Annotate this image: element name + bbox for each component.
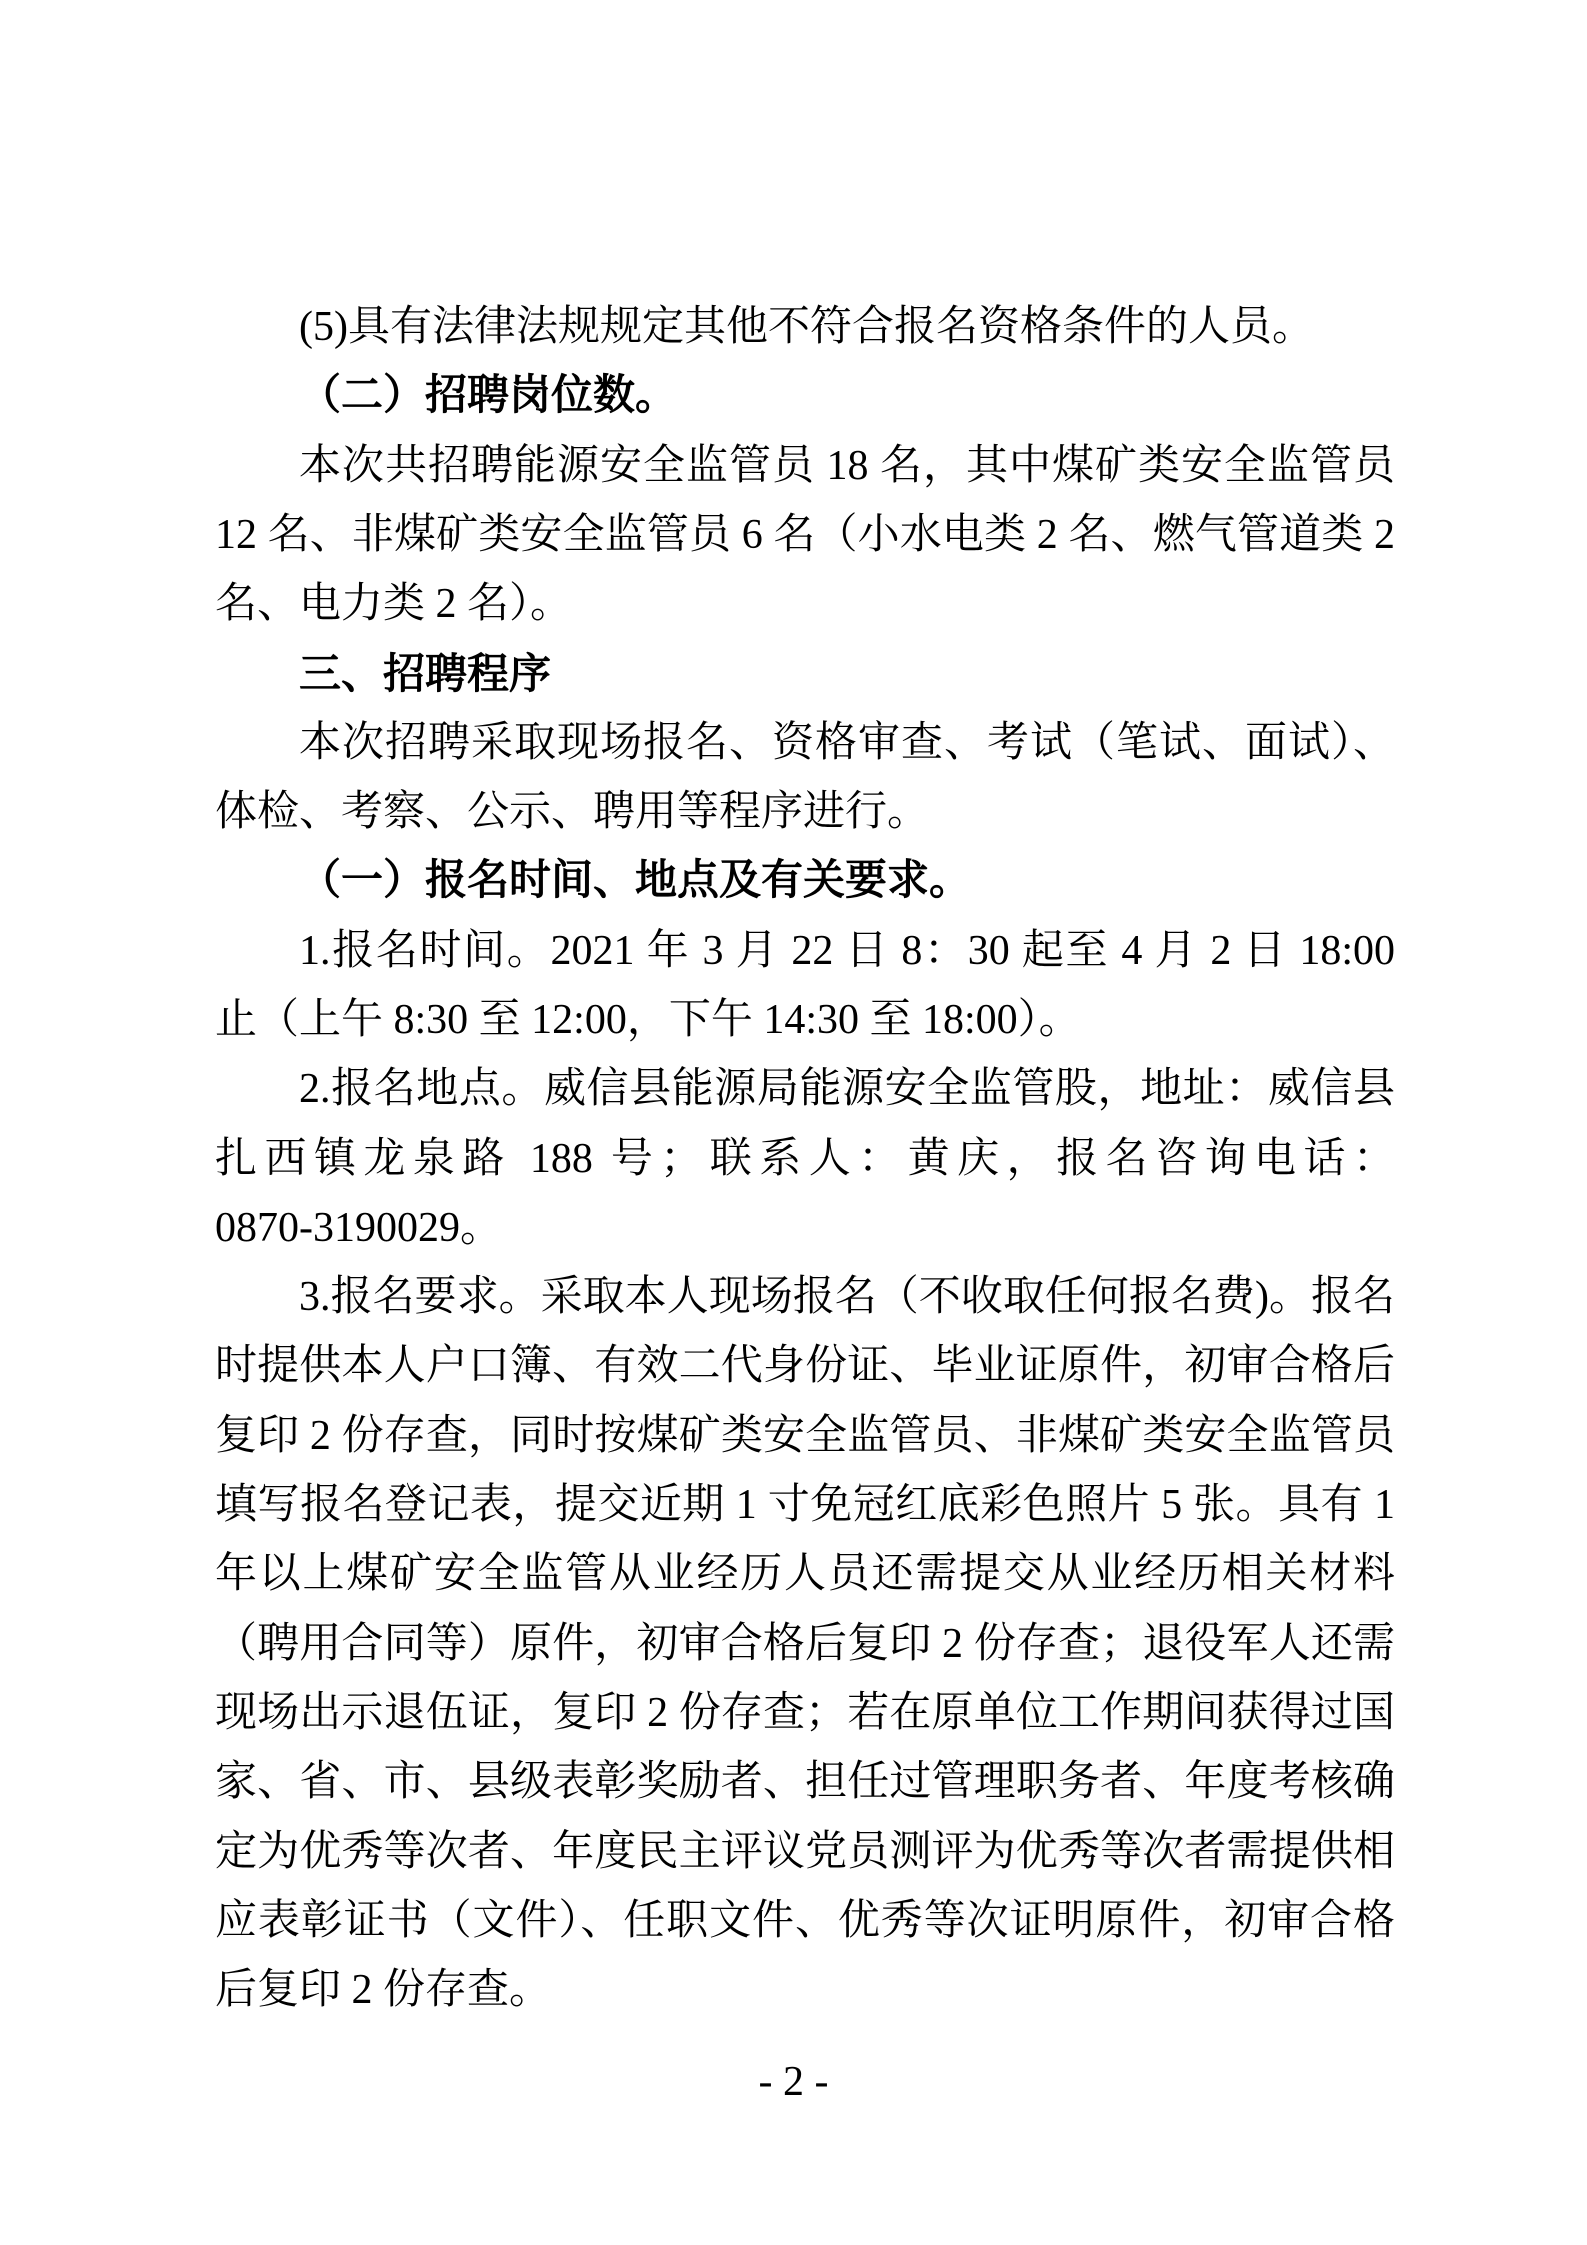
paragraph-line: 名、电力类 2 名）。 <box>215 570 1395 639</box>
document-body: (5)具有法律法规规定其他不符合报名资格条件的人员。 （二）招聘岗位数。 本次共… <box>215 293 1395 2025</box>
paragraph-line: 1.报名时间。2021 年 3 月 22 日 8：30 起至 4 月 2 日 1… <box>215 917 1395 986</box>
paragraph-line: 本次共招聘能源安全监管员 18 名，其中煤矿类安全监管员 <box>215 432 1395 501</box>
paragraph-line: 现场出示退伍证，复印 2 份存查；若在原单位工作期间获得过国 <box>215 1679 1395 1748</box>
paragraph-line: 止（上午 8:30 至 12:00，下午 14:30 至 18:00）。 <box>215 986 1395 1055</box>
paragraph-line: 后复印 2 份存查。 <box>215 1956 1395 2025</box>
paragraph-line: 定为优秀等次者、年度民主评议党员测评为优秀等次者需提供相 <box>215 1818 1395 1887</box>
heading-recruitment-procedure: 三、招聘程序 <box>215 639 1395 708</box>
heading-recruit-positions: （二）招聘岗位数。 <box>215 362 1395 431</box>
paragraph-line: 填写报名登记表，提交近期 1 寸免冠红底彩色照片 5 张。具有 1 <box>215 1471 1395 1540</box>
paragraph-line: 扎西镇龙泉路 188 号；联系人：黄庆，报名咨询电话： <box>215 1125 1395 1194</box>
paragraph-line: 3.报名要求。采取本人现场报名（不收取任何报名费)。报名 <box>215 1263 1395 1332</box>
paragraph-line: （聘用合同等）原件，初审合格后复印 2 份存查；退役军人还需 <box>215 1610 1395 1679</box>
page-number: - 2 - <box>0 2058 1587 2106</box>
paragraph-line: 2.报名地点。威信县能源局能源安全监管股，地址：威信县 <box>215 1055 1395 1124</box>
paragraph-line: (5)具有法律法规规定其他不符合报名资格条件的人员。 <box>215 293 1395 362</box>
paragraph-line: 本次招聘采取现场报名、资格审查、考试（笔试、面试）、 <box>215 709 1395 778</box>
paragraph-line: 家、省、市、县级表彰奖励者、担任过管理职务者、年度考核确 <box>215 1748 1395 1817</box>
paragraph-line: 12 名、非煤矿类安全监管员 6 名（小水电类 2 名、燃气管道类 2 <box>215 501 1395 570</box>
paragraph-line: 时提供本人户口簿、有效二代身份证、毕业证原件，初审合格后 <box>215 1332 1395 1401</box>
paragraph-line: 体检、考察、公示、聘用等程序进行。 <box>215 778 1395 847</box>
paragraph-line: 0870-3190029。 <box>215 1194 1395 1263</box>
paragraph-line: 应表彰证书（文件）、任职文件、优秀等次证明原件，初审合格 <box>215 1887 1395 1956</box>
paragraph-line: 年以上煤矿安全监管从业经历人员还需提交从业经历相关材料 <box>215 1540 1395 1609</box>
document-page: (5)具有法律法规规定其他不符合报名资格条件的人员。 （二）招聘岗位数。 本次共… <box>0 0 1587 2245</box>
paragraph-line: 复印 2 份存查，同时按煤矿类安全监管员、非煤矿类安全监管员 <box>215 1402 1395 1471</box>
heading-registration-time-location: （一）报名时间、地点及有关要求。 <box>215 847 1395 916</box>
